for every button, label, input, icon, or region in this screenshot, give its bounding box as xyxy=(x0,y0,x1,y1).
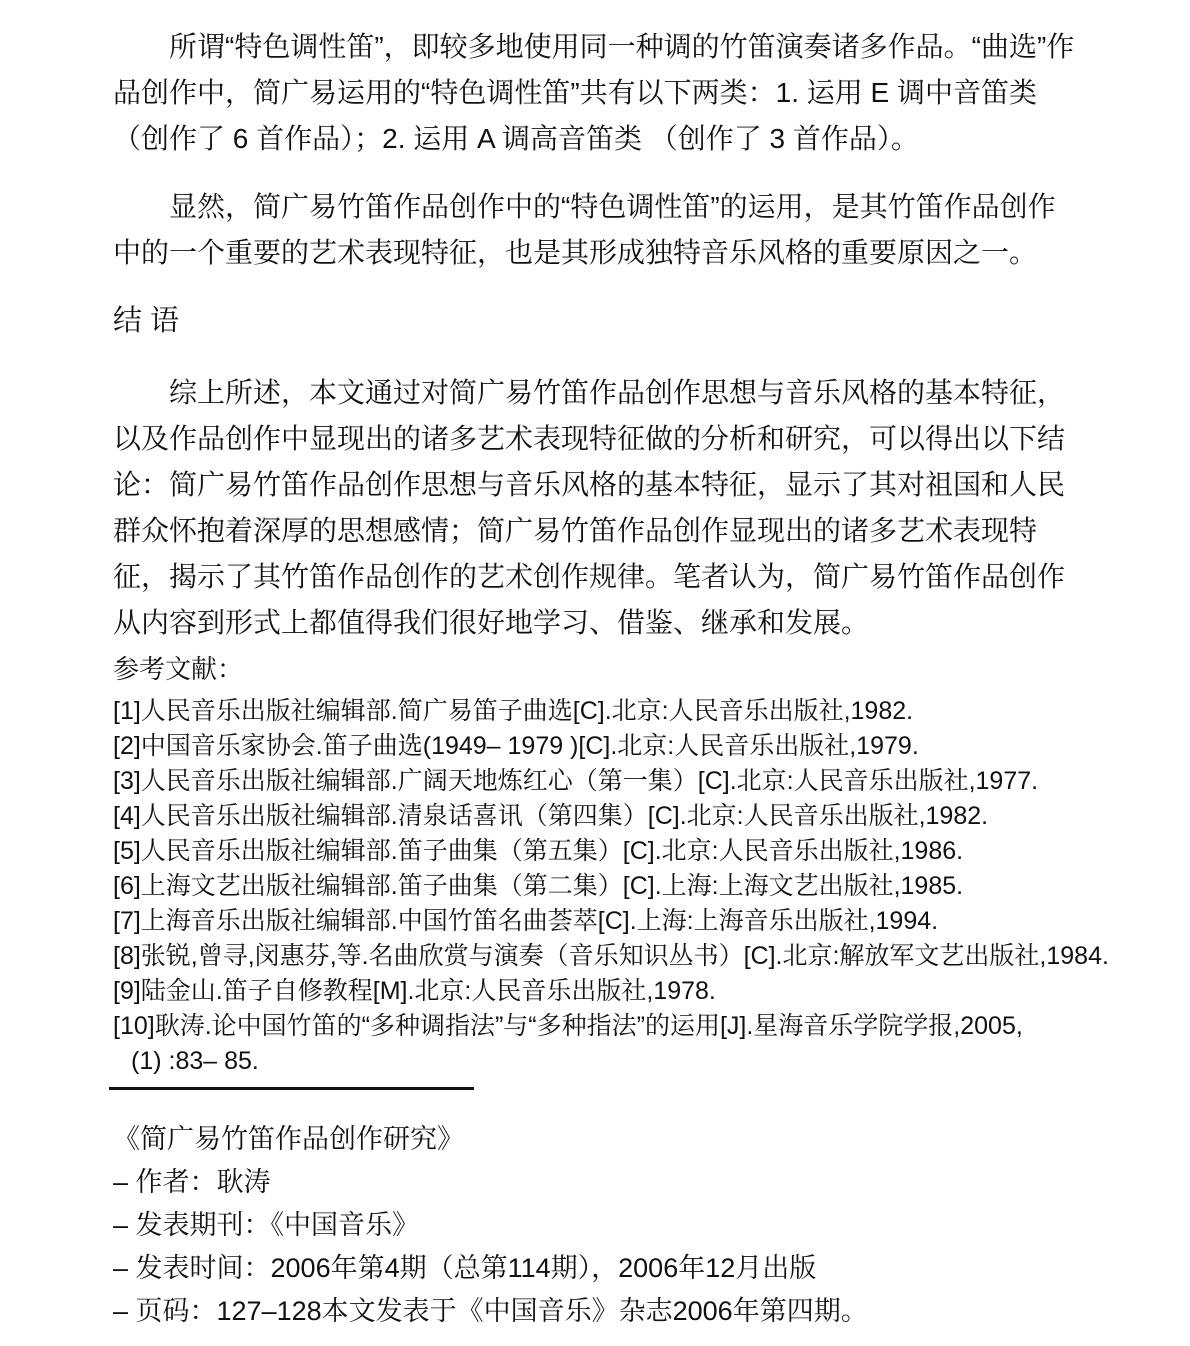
article-journal: – 发表期刊：《中国音乐》 xyxy=(113,1204,1082,1247)
reference-item-1: [1]人民音乐出版社编辑部.简广易笛子曲选[C].北京:人民音乐出版社,1982… xyxy=(113,694,1082,729)
paragraph-special-tonal-flute: 所谓“特色调性笛”，即较多地使用同一种调的竹笛演奏诸多作品。“曲选”作品创作中，… xyxy=(113,24,1082,162)
reference-item-5: [5]人民音乐出版社编辑部.笛子曲集（第五集）[C].北京:人民音乐出版社,19… xyxy=(113,834,1082,869)
article-title: 《简广易竹笛作品创作研究》 xyxy=(113,1118,1082,1161)
article-publish-date: – 发表时间：2006年第4期（总第114期），2006年12月出版 xyxy=(113,1247,1082,1290)
reference-item-7: [7]上海音乐出版社编辑部.中国竹笛名曲荟萃[C].上海:上海音乐出版社,199… xyxy=(113,904,1082,939)
reference-item-9: [9]陆金山.笛子自修教程[M].北京:人民音乐出版社,1978. xyxy=(113,974,1082,1009)
reference-item-2: [2]中国音乐家协会.笛子曲选(1949– 1979 )[C].北京:人民音乐出… xyxy=(113,729,1082,764)
conclusion-paragraph: 综上所述，本文通过对简广易竹笛作品创作思想与音乐风格的基本特征，以及作品创作中显… xyxy=(113,370,1082,646)
reference-item-6: [6]上海文艺出版社编辑部.笛子曲集（第二集）[C].上海:上海文艺出版社,19… xyxy=(113,869,1082,904)
reference-item-4: [4]人民音乐出版社编辑部.清泉话喜讯（第四集）[C].北京:人民音乐出版社,1… xyxy=(113,799,1082,834)
article-meta: 《简广易竹笛作品创作研究》 – 作者：耿涛 – 发表期刊：《中国音乐》 – 发表… xyxy=(113,1118,1082,1333)
paragraph-special-tonal-flute-significance: 显然，简广易竹笛作品创作中的“特色调性笛”的运用，是其竹笛作品创作中的一个重要的… xyxy=(113,184,1082,276)
references-list: [1]人民音乐出版社编辑部.简广易笛子曲选[C].北京:人民音乐出版社,1982… xyxy=(113,694,1082,1079)
article-pages: – 页码：127–128本文发表于《中国音乐》杂志2006年第四期。 xyxy=(113,1290,1082,1333)
article-author: – 作者：耿涛 xyxy=(113,1161,1082,1204)
article-page: 所谓“特色调性笛”，即较多地使用同一种调的竹笛演奏诸多作品。“曲选”作品创作中，… xyxy=(0,0,1190,1346)
reference-item-10-continuation: (1) :83– 85. xyxy=(113,1044,1082,1079)
reference-item-8: [8]张锐,曾寻,闵惠芬,等.名曲欣赏与演奏（音乐知识丛书）[C].北京:解放军… xyxy=(113,939,1082,974)
reference-item-3: [3]人民音乐出版社编辑部.广阔天地炼红心（第一集）[C].北京:人民音乐出版社… xyxy=(113,764,1082,799)
footnote-divider xyxy=(109,1087,474,1090)
references-heading: 参考文献： xyxy=(113,652,1082,686)
reference-item-10: [10]耿涛.论中国竹笛的“多种调指法”与“多种指法”的运用[J].星海音乐学院… xyxy=(113,1009,1082,1044)
conclusion-heading: 结 语 xyxy=(113,298,1082,344)
